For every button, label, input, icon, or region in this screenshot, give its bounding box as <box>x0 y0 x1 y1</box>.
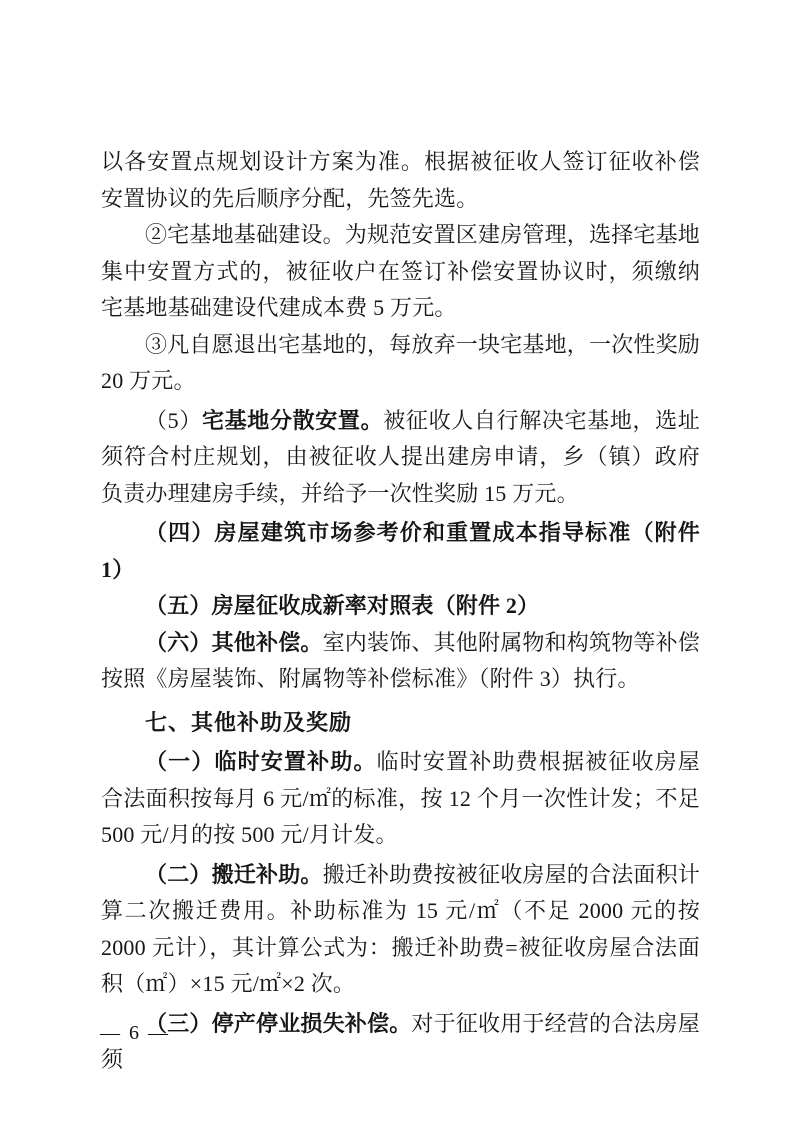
text-run: 七、其他补助及奖励 <box>145 710 352 735</box>
text-run: （四）房屋建筑市场参考价和重置成本指导标准（附件 1） <box>101 520 700 582</box>
paragraph-business-suspension-loss: （三）停产停业损失补偿。对于征收用于经营的合法房屋须 <box>101 1006 700 1079</box>
paragraph-other-compensation: （六）其他补偿。室内装饰、其他附属物和构筑物等补偿按照《房屋装饰、附属物等补偿标… <box>101 625 700 698</box>
text-run: 以各安置点规划设计方案为准。根据被征收人签订征收补偿安置协议的先后顺序分配，先签… <box>101 149 700 211</box>
text-run: ②宅基地基础建设。为规范安置区建房管理，选择宅基地集中安置方式的，被征收户在签订… <box>101 222 700 320</box>
text-run: （五）房屋征收成新率对照表（附件 2） <box>145 593 539 618</box>
paragraph-section-seven-heading: 七、其他补助及奖励 <box>101 705 700 742</box>
paragraph-homestead-withdraw-reward: ③凡自愿退出宅基地的，每放弃一块宅基地，一次性奖励 20 万元。 <box>101 327 700 400</box>
text-run: （一）临时安置补助。 <box>145 749 377 774</box>
text-run: ③凡自愿退出宅基地的，每放弃一块宅基地，一次性奖励 20 万元。 <box>101 332 700 394</box>
text-run: （5） <box>145 408 202 433</box>
paragraph-homestead-scattered-settlement: （5）宅基地分散安置。被征收人自行解决宅基地，选址须符合村庄规划，由被征收人提出… <box>101 403 700 513</box>
document-body: 以各安置点规划设计方案为准。根据被征收人签订征收补偿安置协议的先后顺序分配，先签… <box>101 144 700 1079</box>
text-run: （二）搬迁补助。 <box>145 862 323 887</box>
text-run: 宅基地分散安置。 <box>202 408 383 433</box>
text-run: （六）其他补偿。 <box>145 630 323 655</box>
paragraph-heading-market-reference-price: （四）房屋建筑市场参考价和重置成本指导标准（附件 1） <box>101 515 700 588</box>
paragraph-relocation-subsidy: （二）搬迁补助。搬迁补助费按被征收房屋的合法面积计算二次搬迁费用。补助标准为 1… <box>101 857 700 1003</box>
paragraph-heading-depreciation-table: （五）房屋征收成新率对照表（附件 2） <box>101 588 700 625</box>
paragraph-homestead-infrastructure: ②宅基地基础建设。为规范安置区建房管理，选择宅基地集中安置方式的，被征收户在签订… <box>101 217 700 327</box>
page-number: — 6 — <box>100 1022 170 1045</box>
text-run: （三）停产停业损失补偿。 <box>145 1011 411 1036</box>
document-page: 以各安置点规划设计方案为准。根据被征收人签订征收补偿安置协议的先后顺序分配，先签… <box>0 0 793 1122</box>
paragraph-temporary-resettlement-subsidy: （一）临时安置补助。临时安置补助费根据被征收房屋合法面积按每月 6 元/㎡的标准… <box>101 744 700 854</box>
paragraph-settlement-order: 以各安置点规划设计方案为准。根据被征收人签订征收补偿安置协议的先后顺序分配，先签… <box>101 144 700 217</box>
